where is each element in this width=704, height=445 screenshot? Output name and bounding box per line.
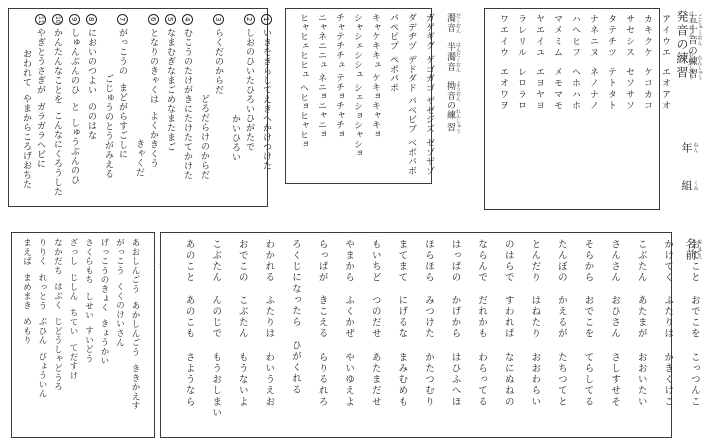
dakuon-yoon-practice-box: 濁音だくおん 半濁音はんだくおん 拗音ようおんの練習れんしゅうガゲギグゲゴガゴザ… [285, 8, 432, 184]
word-column: りりくれっとうぶひんびょういん [36, 238, 48, 432]
item-number: 2 [244, 14, 255, 25]
text-group: テチョチャチョ [333, 73, 346, 139]
text-group: やいゆえよ [341, 352, 355, 408]
text-group: おおわらい [527, 352, 541, 408]
text-group: とんだり [527, 239, 541, 283]
text-group: となりのきゃくは [147, 28, 160, 104]
tongue-twister-item: 4むこうのたけがきにたけたてかけた [181, 14, 194, 201]
text-group: ケコカコ [641, 67, 654, 112]
poem-column: やまからふくかぜやいゆえよ [341, 239, 355, 431]
fifty-sounds-title: 五十音ごじゅうおんの練習れんしゅう [684, 14, 703, 204]
text-group: ヘヒョヒャヒョ [297, 83, 310, 149]
text-group: さしすせそ [607, 352, 621, 408]
text-group: タテチツ [605, 14, 618, 59]
text-group: びょういん [36, 352, 48, 399]
text-group: じどうしゃどうろ [52, 317, 64, 391]
tongue-twister-item: 2しおのひいたひろいひがたでかいひろい [229, 14, 256, 201]
text-group: れっとう [36, 273, 48, 310]
item-column: きゃくだ [133, 14, 146, 201]
text-group: じしん [67, 273, 79, 301]
text-group: ガゲギグ [423, 13, 436, 51]
item-column: おわれてやまからころげおちた [20, 14, 33, 201]
text-group: たちつてと [554, 352, 568, 408]
text-group: サセシス [623, 14, 636, 59]
text-group: んのじで [208, 295, 222, 339]
pronunciation-worksheet: 発音はつおんの練習れんしゅう 年ねん 組くみ 名前なまえ 早口言葉はやくちことば… [0, 0, 704, 445]
item-column: 11やぎとうさぎがガラガラヘビに [34, 14, 47, 201]
text-group: ペポパポ [387, 55, 400, 93]
text-group: さくらもち [83, 238, 95, 285]
item-column: どろだらけのからだ [198, 14, 211, 201]
poem-column: ほらほらみつけたかたつむり [421, 239, 435, 431]
tongue-twister-item: 7がっこうのまどがらすごしにごじゅうのとうがみえる [102, 14, 129, 201]
text-group: こっつんこ [687, 352, 701, 408]
poem-column: はっぱのかげからはひふへほ [448, 239, 462, 431]
text-group: エオアオ [659, 67, 672, 112]
item-column: 10かんたんなことをこんなにくろうした [51, 14, 64, 201]
text-group: あのこと [182, 239, 196, 283]
text-group: ニャネニニュ [315, 13, 328, 69]
text-group: なまむぎなまごめなまたまご [164, 28, 177, 152]
text-group: げっこうのきょく [98, 238, 110, 312]
text-group: シェショシャショ [351, 83, 364, 158]
text-group: ごじゅうのとうがみえる [102, 74, 115, 179]
text-group: くくのけいさん [114, 282, 126, 347]
tongue-twister-item: 1いきをきらしてえきへかけつけた [260, 14, 273, 201]
text-group: おおいたい [634, 352, 648, 408]
text-group: てだすけ [67, 343, 79, 380]
tongue-twister-item: 6となりのきゃくはよくかきくうきゃくだ [133, 14, 160, 201]
text-group: エヨヤヨ [533, 67, 546, 112]
tongue-twister-item: 11やぎとうさぎがガラガラヘビにおわれてやまからころげおちた [20, 14, 47, 201]
text-group: ろくじになったら [288, 239, 302, 328]
text-group: しゅうぶんのひ [68, 118, 81, 185]
text-group: ワエイウ [497, 14, 510, 59]
kana-column: ガゲギグゲゴガゴザゼジズゼゾザゾ [423, 13, 436, 179]
poem-column: とんだりはねたりおおわらい [527, 239, 541, 431]
text-group: カキクケ [641, 14, 654, 59]
text-group: しおのひいたひろいひがたで [243, 28, 256, 152]
text-group: さんさん [607, 239, 621, 283]
text-group: おでこの [235, 239, 249, 283]
kana-column: ワエイウエオワヲ [497, 14, 510, 204]
text-group: やぎとうさぎが [34, 28, 47, 95]
text-group: と [68, 102, 81, 112]
poem-column: そらからおでこをてらしてる [581, 239, 595, 431]
text-group: みつけた [421, 295, 435, 339]
text-group: バベビブ [405, 96, 418, 134]
kana-column: パペピプペポパポ [387, 13, 400, 179]
text-group: ほらほら [421, 239, 435, 283]
text-group: がっこうの [116, 28, 129, 76]
text-group: むこうのたけがきにたけたてかけた [181, 28, 194, 180]
text-group: もうおしまい [208, 352, 222, 419]
item-column: 9しゅんぶんのひとしゅうぶんのひ [68, 14, 81, 201]
word-column: まえばまめまきめもり [21, 238, 33, 432]
text-group: なかだち [52, 238, 64, 275]
kana-column: ニャネニニュネニョニャニョ [315, 13, 328, 179]
text-group: りりく [36, 238, 48, 266]
word-column: さくらもちしせいすいどう [83, 238, 95, 432]
text-group: つのだせ [368, 295, 382, 339]
text-group: しせい [83, 292, 95, 320]
text-group: かけてく [660, 239, 674, 283]
kana-column: シャシェシシュシェショシャショ [351, 13, 364, 179]
item-number: 7 [117, 14, 128, 25]
text-group: テトタト [605, 67, 618, 112]
text-group: すわれば [501, 295, 515, 339]
dakuon-yoon-title: 濁音だくおん 半濁音はんだくおん 拗音ようおんの練習れんしゅう [444, 13, 461, 179]
poem-column: まてまてにげるなまみむめも [394, 239, 408, 431]
text-group: らっぱが [315, 239, 329, 283]
text-group: こぶたん [235, 295, 249, 339]
text-group: どろだらけのからだ [198, 94, 211, 180]
word-column: あおしんごうあかしんごうききかえす [129, 238, 141, 432]
text-group: ケキョキャキョ [369, 73, 382, 139]
poem-column: こぶたんんのじでもうおしまい [208, 239, 222, 431]
kana-column: アイウエエオアオ [659, 14, 672, 204]
text-group: おわれて [20, 49, 33, 87]
word-column: がっこうくくのけいさん [114, 238, 126, 432]
word-column: なかだちはぶくじどうしゃどうろ [52, 238, 64, 432]
text-group: きょうかい [98, 319, 110, 366]
kana-column: キャケキキュケキョキャキョ [369, 13, 382, 179]
text-group: ハヘヒフ [569, 14, 582, 59]
text-group: かいひろい [229, 114, 242, 162]
text-group: キャケキキュ [369, 13, 382, 69]
text-group: おでこと [687, 239, 701, 283]
poem-column: おでこのこぶたんもうないよ [235, 239, 249, 431]
poem-column: あのことあのこもさようなら [182, 239, 196, 431]
text-group: わいうえお [261, 352, 275, 408]
text-group: ダデヂヅ [405, 13, 418, 51]
text-group: ラレリル [515, 14, 528, 59]
text-group: だれかも [474, 295, 488, 339]
item-number: 8 [86, 14, 97, 25]
text-group: まみむめも [394, 352, 408, 408]
word-column: ざっしじしんちていてだすけ [67, 238, 79, 432]
text-group: らくだのからだ [212, 28, 225, 95]
text-group: アイウエ [659, 14, 672, 59]
text-group: あのこも [182, 295, 196, 339]
text-group: はねたり [527, 295, 541, 339]
tongue-twister-item: 10かんたんなことをこんなにくろうした [51, 14, 64, 201]
text-group: かえるが [554, 295, 568, 339]
text-group: めもり [21, 317, 33, 345]
kana-column: ヒャヒェヒヒュヘヒョヒャヒョ [297, 13, 310, 179]
text-group: こぶたん [208, 239, 222, 283]
text-group: ふくかぜ [341, 295, 355, 339]
text-group: マメミム [551, 14, 564, 59]
text-group: いきをきらしてえきへかけつけた [260, 28, 273, 171]
poem-column: おでことおでこをこっつんこ [687, 239, 701, 431]
tongue-twister-item: 8においのつよいののはな [85, 14, 98, 201]
text-group: おでこを [581, 295, 595, 339]
item-number: 9 [69, 14, 80, 25]
text-group: わかれる [261, 239, 275, 283]
text-group: ゼゾザゾ [423, 138, 436, 176]
text-group: きこえる [315, 295, 329, 339]
poem-column: さんさんおひさんさしすせそ [607, 239, 621, 431]
word-column: げっこうのきょくきょうかい [98, 238, 110, 432]
fifty-sounds-practice-box: 五十音ごじゅうおんの練習れんしゅうアイウエエオアオカキクケケコカコサセシスセソサ… [484, 8, 660, 210]
text-group: あかしんごう [129, 301, 141, 357]
text-group: メモマモ [551, 67, 564, 112]
text-group: そらから [581, 239, 595, 283]
text-group: かきくけこ [660, 352, 674, 408]
item-column: 7がっこうのまどがらすごしに [116, 14, 129, 201]
item-column: ごじゅうのとうがみえる [102, 14, 115, 201]
kana-column: タテチツテトタト [605, 14, 618, 204]
text-group: ののはな [85, 102, 98, 140]
text-group: あおしんごう [129, 238, 141, 294]
text-group: ぶひん [36, 317, 48, 345]
kana-column: ダデヂヅデドダドバベビブベボバボ [405, 13, 418, 179]
kana-column: ヤエイユエヨヤヨ [533, 14, 546, 204]
text-group: ガラガラヘビに [34, 102, 47, 169]
text-group: よくかきくう [147, 111, 160, 168]
poem-column: ろくじになったらひがくれる [288, 239, 302, 431]
text-group: がっこう [114, 238, 126, 275]
text-group: ザゼジズ [423, 96, 436, 134]
text-group: ヤエイユ [533, 14, 546, 59]
poem-column: らっぱがきこえるらりるれろ [315, 239, 329, 431]
kana-column: ハヘヒフヘホハホ [569, 14, 582, 204]
text-group: たんぼの [554, 239, 568, 283]
text-group: ネニョニャニョ [315, 73, 328, 139]
poem-column: わかれるふたりはわいうえお [261, 239, 275, 431]
text-group: ヘホハホ [569, 67, 582, 112]
item-number: 3 [213, 14, 224, 25]
text-group: パペピプ [387, 13, 400, 51]
text-group: わらってる [474, 352, 488, 408]
text-group: まてまて [394, 239, 408, 283]
text-group: ひがくれる [288, 340, 302, 396]
poem-column: のはらですわればなにぬねの [501, 239, 515, 431]
kana-column: マメミムメモマモ [551, 14, 564, 204]
text-group: まえば [21, 238, 33, 266]
item-number: 11 [35, 14, 46, 25]
item-number: 5 [165, 14, 176, 25]
text-group: ならんで [474, 239, 488, 283]
text-group: かたつむり [421, 352, 435, 408]
text-group: あたまだせ [368, 352, 382, 408]
text-group: らりるれろ [315, 352, 329, 408]
poem-column: こぶたんあたまがおおいたい [634, 239, 648, 431]
text-group: ゲゴガゴ [423, 55, 436, 93]
text-group: ネノナノ [587, 67, 600, 112]
item-number: 1 [261, 14, 272, 25]
item-column: 2しおのひいたひろいひがたで [243, 14, 256, 201]
poem-column: ならんでだれかもわらってる [474, 239, 488, 431]
text-group: おでこを [687, 295, 701, 339]
text-group: すいどう [83, 326, 95, 363]
text-group: きゃくだ [133, 139, 146, 177]
item-number: 6 [148, 14, 159, 25]
text-group: デドダド [405, 55, 418, 93]
text-group: はひふへほ [448, 352, 462, 408]
tongue-twister-item: 5なまむぎなまごめなまたまご [164, 14, 177, 201]
item-column: 4むこうのたけがきにたけたてかけた [181, 14, 194, 201]
text-group: ふたりは [261, 295, 275, 339]
item-column: かいひろい [229, 14, 242, 201]
text-group: セソサソ [623, 67, 636, 112]
text-group: はっぱの [448, 239, 462, 283]
item-column: 5なまむぎなまごめなまたまご [164, 14, 177, 201]
tongue-twister-item: 3らくだのからだどろだらけのからだ [198, 14, 225, 201]
text-group: ヒャヒェヒヒュ [297, 13, 310, 79]
poem-column: もいちどつのだせあたまだせ [368, 239, 382, 431]
text-group: かんたんなことを [51, 28, 64, 104]
text-group: やまから [341, 239, 355, 283]
text-group: レロラロ [515, 67, 528, 112]
poem-column: たんぼのかえるがたちつてと [554, 239, 568, 431]
text-group: あたまが [634, 295, 648, 339]
text-group: もうないよ [235, 352, 249, 408]
text-group: こんなにくろうした [51, 111, 64, 197]
text-group: やまからころげおちた [20, 94, 33, 189]
kana-column: チャテチチュテチョチャチョ [333, 13, 346, 179]
text-group: てらしてる [581, 352, 595, 408]
text-group: ちてい [67, 308, 79, 336]
text-group: においのつよい [85, 28, 98, 95]
text-group: まどがらすごしに [116, 83, 129, 159]
text-group: のはらで [501, 239, 515, 283]
item-number: 10 [52, 14, 63, 25]
tongue-twister-box: 早口言葉はやくちことば1いきをきらしてえきへかけつけた2しおのひいたひろいひがた… [8, 8, 268, 207]
text-group: ききかえす [129, 364, 141, 411]
item-column: 8においのつよいののはな [85, 14, 98, 201]
item-column: 3らくだのからだ [212, 14, 225, 201]
pronunciation-words-box: 発音練習あおしんごうあかしんごうききかえすがっこうくくのけいさんげっこうのきょく… [11, 232, 155, 438]
text-group: かげから [448, 295, 462, 339]
kana-column: サセシスセソサソ [623, 14, 636, 204]
tongue-twister-item: 9しゅんぶんのひとしゅうぶんのひ [68, 14, 81, 201]
kana-column: ナネニヌネノナノ [587, 14, 600, 204]
kana-column: カキクケケコカコ [641, 14, 654, 204]
item-column: 1いきをきらしてえきへかけつけた [260, 14, 273, 201]
text-group: はぶく [52, 282, 64, 310]
text-group: なにぬねの [501, 352, 515, 408]
poem-column: かけてくふたりはかきくけこ [660, 239, 674, 431]
text-group: しゅんぶんのひ [68, 28, 81, 95]
text-group: ふたりは [660, 295, 674, 339]
text-group: さようなら [182, 352, 196, 408]
aiueo-poem-box: あいうえお・んあのことあのこがあいうえおおでことおでこをこっつんこかけてくふたり… [160, 232, 672, 438]
text-group: もいちど [368, 239, 382, 283]
item-number: 4 [182, 14, 193, 25]
text-group: エオワヲ [497, 67, 510, 112]
text-group: ナネニヌ [587, 14, 600, 59]
text-group: おひさん [607, 295, 621, 339]
text-group: ベボバボ [405, 138, 418, 176]
kana-column: ラレリルレロラロ [515, 14, 528, 204]
text-group: チャテチチュ [333, 13, 346, 69]
text-group: ざっし [67, 238, 79, 266]
item-column: 6となりのきゃくはよくかきくう [147, 14, 160, 201]
text-group: こぶたん [634, 239, 648, 283]
text-group: にげるな [394, 295, 408, 339]
text-group: まめまき [21, 273, 33, 310]
text-group: シャシェシシュ [351, 13, 364, 79]
